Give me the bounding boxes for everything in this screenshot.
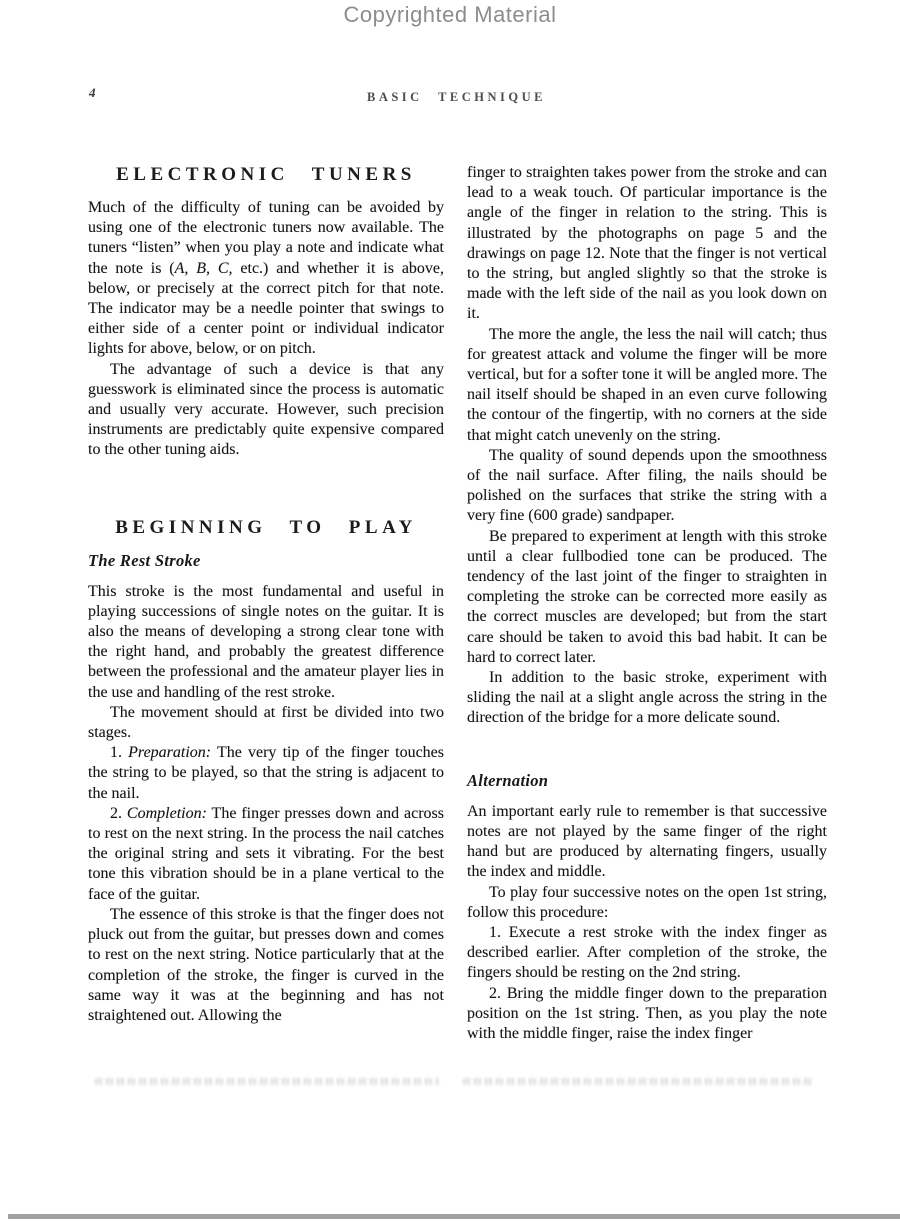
text-columns: ELECTRONIC TUNERS Much of the difficulty… [88,163,827,1044]
cropped-text-line [463,1078,815,1085]
paragraph: The essence of this stroke is that the f… [88,905,444,1026]
numbered-paragraph: 2. Completion: The finger presses down a… [88,804,444,905]
numbered-paragraph: 1. Preparation: The very tip of the fing… [88,743,444,804]
left-column: ELECTRONIC TUNERS Much of the difficulty… [88,163,444,1044]
paragraph: The advantage of such a device is that a… [88,360,444,461]
cropped-text-line [95,1078,440,1085]
scan-edge [8,1214,900,1219]
paragraph: The movement should at first be divided … [88,703,444,743]
paragraph: finger to straighten takes power from th… [467,163,827,325]
section-heading-electronic-tuners: ELECTRONIC TUNERS [88,163,444,187]
subheading-alternation: Alternation [467,771,827,791]
paragraph: To play four successive notes on the ope… [467,883,827,923]
numbered-paragraph: 2. Bring the middle finger down to the p… [467,984,827,1045]
section-heading-beginning-to-play: BEGINNING TO PLAY [88,516,444,540]
numbered-paragraph: 1. Execute a rest stroke with the index … [467,923,827,984]
copyright-watermark: Copyrighted Material [0,2,900,28]
book-page-scan: Copyrighted Material 4 BASIC TECHNIQUE E… [0,0,900,1222]
subheading-the-rest-stroke: The Rest Stroke [88,551,444,571]
paragraph: Be prepared to experiment at length with… [467,527,827,668]
paragraph: Much of the difficulty of tuning can be … [88,198,444,360]
paragraph: The quality of sound depends upon the sm… [467,446,827,527]
paragraph: An important early rule to remember is t… [467,802,827,883]
right-column: finger to straighten takes power from th… [467,163,827,1044]
paragraph: The more the angle, the less the nail wi… [467,325,827,446]
paragraph: This stroke is the most fundamental and … [88,582,444,703]
paragraph: In addition to the basic stroke, experim… [467,668,827,729]
running-head: BASIC TECHNIQUE [88,90,825,105]
